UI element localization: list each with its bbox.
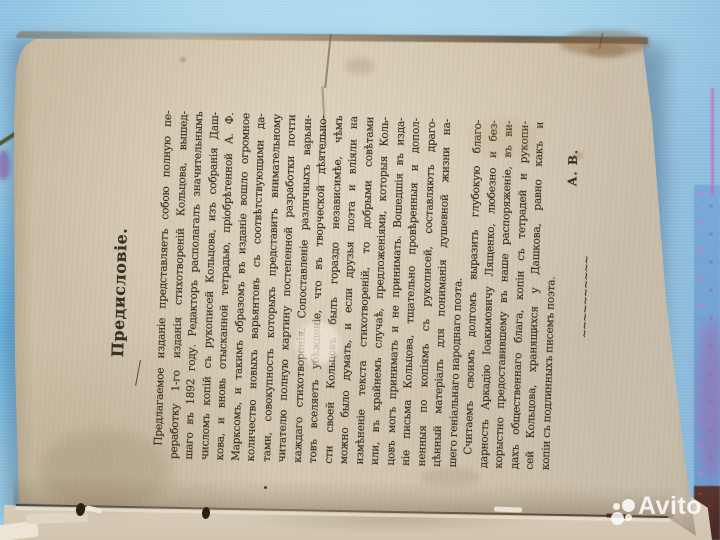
title-divider — [135, 360, 141, 386]
avito-logo-icon — [622, 499, 635, 512]
ink-speck — [264, 486, 267, 489]
avito-logo-icon — [625, 514, 632, 521]
avito-watermark: Avito — [608, 494, 718, 536]
book-photo: Предисловіе. Предлагаемое изданіе предст… — [0, 0, 720, 540]
fabric-magenta-thread — [711, 88, 714, 196]
fabric-purple-blob — [698, 320, 720, 480]
avito-watermark-text: Avito — [638, 492, 702, 521]
avito-logo-icon — [613, 503, 620, 510]
paragraph-1: Предлагаемое изданіе представляетъ собою… — [151, 111, 471, 468]
preface-text: Предисловіе. Предлагаемое изданіе предст… — [104, 109, 592, 471]
avito-logo-icon — [611, 512, 624, 525]
paragraph-2: Считаемъ своимъ долгомъ выразить глубоку… — [461, 120, 564, 471]
binding-thread — [494, 507, 522, 513]
